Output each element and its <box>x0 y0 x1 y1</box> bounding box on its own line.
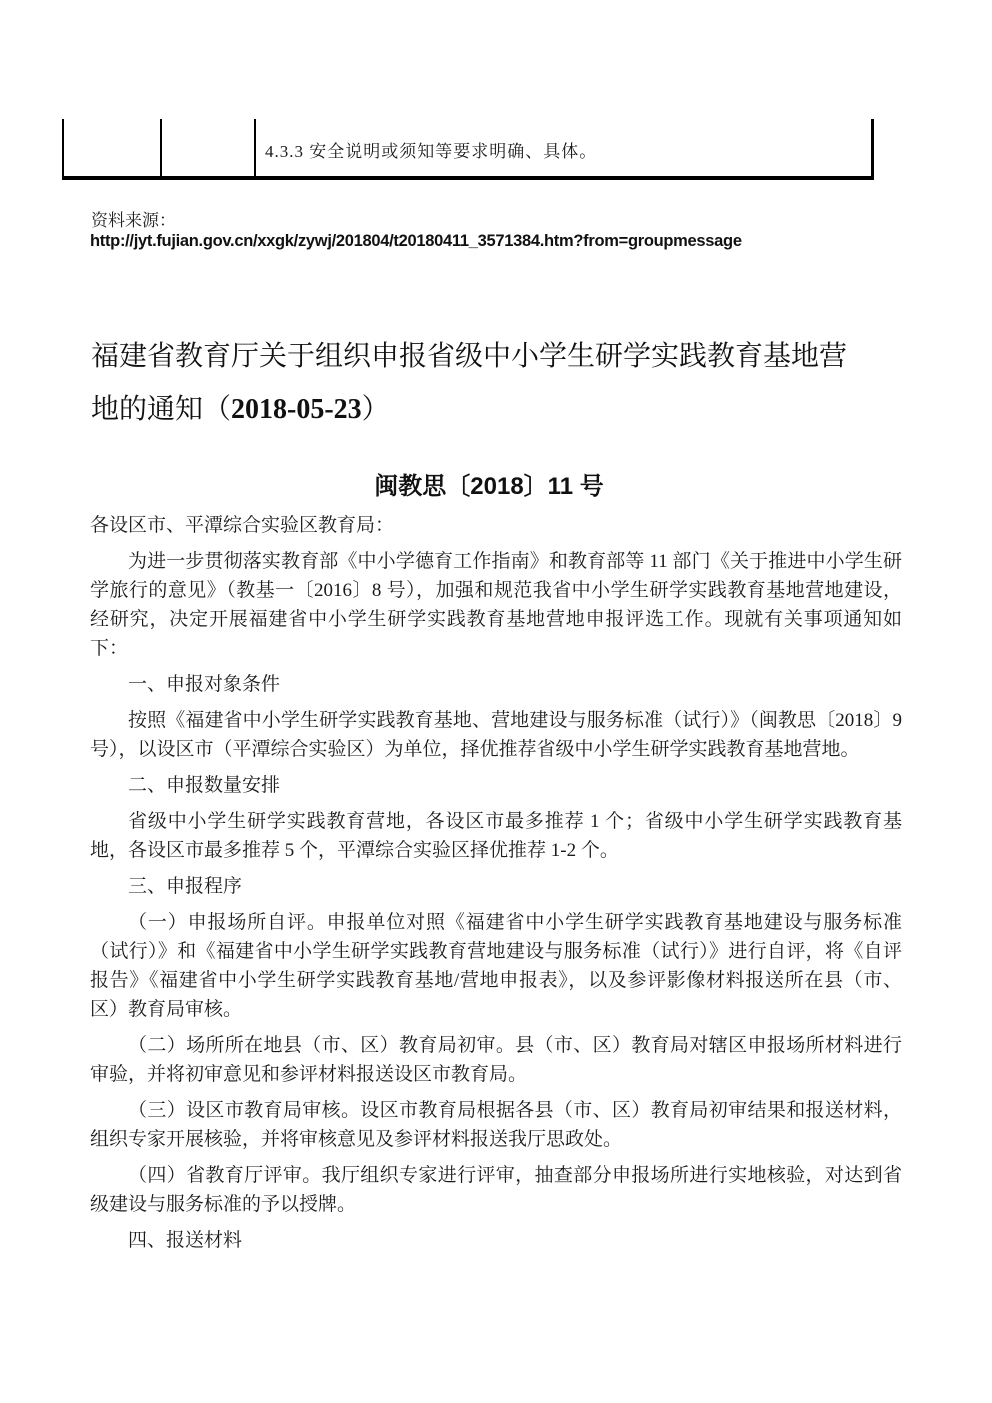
paragraph-intro: 为进一步贯彻落实教育部《中小学德育工作指南》和教育部等 11 部门《关于推进中小… <box>90 547 902 663</box>
table-border-left <box>62 119 64 176</box>
paragraph-procedure-3: （三）设区市教育局审核。设区市教育局根据各县（市、区）教育局初审结果和报送材料，… <box>90 1096 902 1154</box>
document-number: 闽教思〔2018〕11 号 <box>0 466 978 501</box>
heading-section-3: 三、申报程序 <box>90 872 902 901</box>
heading-section-4: 四、报送材料 <box>90 1226 902 1255</box>
table-border-col2 <box>160 119 162 176</box>
source-label: 资料来源： <box>91 206 176 231</box>
paragraph-section-1: 按照《福建省中小学生研学实践教育基地、营地建设与服务标准（试行）》（闽教思〔20… <box>90 706 902 764</box>
document-body: 各设区市、平潭综合实验区教育局：为进一步贯彻落实教育部《中小学德育工作指南》和教… <box>90 511 902 1255</box>
document-title-close: ） <box>362 394 390 425</box>
paragraph-procedure-2: （二）场所所在地县（市、区）教育局初审。县（市、区）教育局对辖区申报场所材料进行… <box>90 1031 902 1089</box>
paragraph-procedure-4: （四）省教育厅评审。我厅组织专家进行评审，抽查部分申报场所进行实地核验，对达到省… <box>90 1161 902 1219</box>
table-border-col3 <box>254 119 256 176</box>
table-cell-text: 4.3.3 安全说明或须知等要求明确、具体。 <box>265 137 597 162</box>
paragraph-procedure-1: （一）申报场所自评。申报单位对照《福建省中小学生研学实践教育基地建设与服务标准（… <box>90 908 902 1024</box>
heading-section-1: 一、申报对象条件 <box>90 670 902 699</box>
table-fragment: 4.3.3 安全说明或须知等要求明确、具体。 <box>62 119 874 180</box>
document-title: 福建省教育厅关于组织申报省级中小学生研学实践教育基地营地的通知（2018-05-… <box>91 330 863 436</box>
document-page: 4.3.3 安全说明或须知等要求明确、具体。 资料来源： http://jyt.… <box>0 0 992 1403</box>
paragraph-section-2: 省级中小学生研学实践教育营地，各设区市最多推荐 1 个；省级中小学生研学实践教育… <box>90 807 902 865</box>
document-title-text: 福建省教育厅关于组织申报省级中小学生研学实践教育基地营地的通知（ <box>91 341 847 425</box>
table-border-right <box>871 119 874 176</box>
salutation: 各设区市、平潭综合实验区教育局： <box>90 511 902 540</box>
source-url: http://jyt.fujian.gov.cn/xxgk/zywj/20180… <box>90 232 742 251</box>
heading-section-2: 二、申报数量安排 <box>90 771 902 800</box>
document-title-date: 2018-05-23 <box>231 394 362 425</box>
